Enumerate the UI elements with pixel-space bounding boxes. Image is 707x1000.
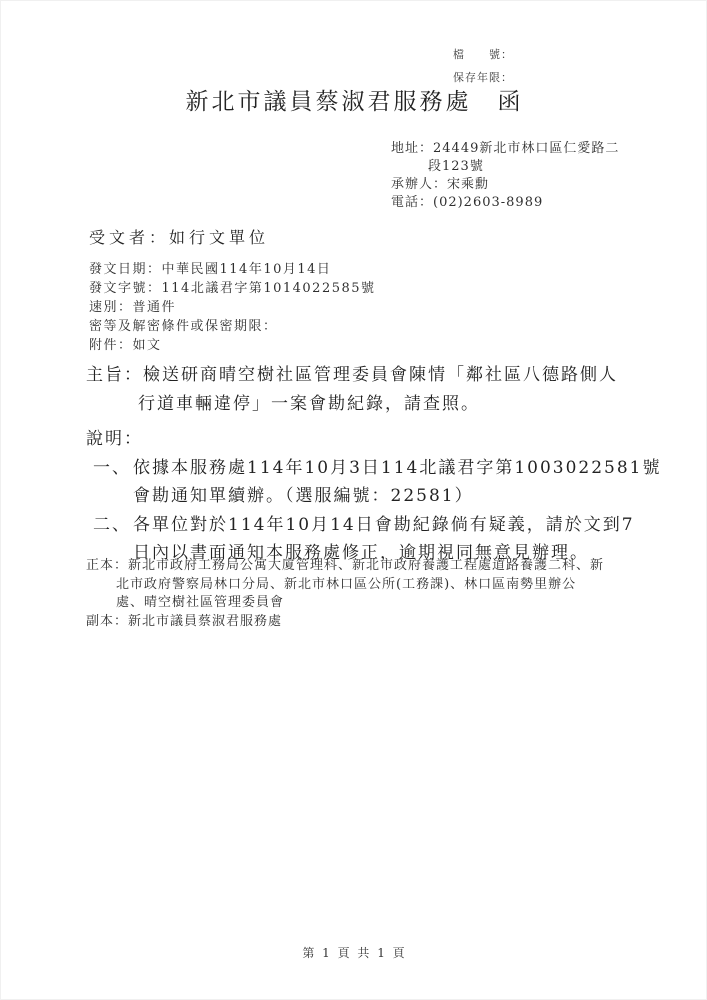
contact-phone: 電話：(02)2603-8989 bbox=[391, 194, 619, 212]
item-1-text-1: 依據本服務處114年10月3日114北議君字第1003022581號 bbox=[133, 458, 662, 478]
original-recipients-line-1: 正本：新北市政府工務局公寓大廈管理科、新北市政府養護工程處道路養護二科、新 bbox=[86, 557, 666, 576]
attachment-note: 附件：如文 bbox=[89, 336, 376, 355]
subject-line-1: 主旨：檢送研商晴空樹社區管理委員會陳情「鄰社區八德路側人 bbox=[86, 361, 656, 390]
address-line-2: 段123號 bbox=[391, 158, 619, 176]
original-label: 正本： bbox=[86, 558, 128, 573]
document-page: 檔 號： 保存年限： 新北市議員蔡淑君服務處 函 地址：24449新北市林口區仁… bbox=[0, 0, 707, 1000]
original-text-1: 新北市政府工務局公寓大廈管理科、新北市政府養護工程處道路養護二科、新 bbox=[128, 558, 604, 573]
subject-label: 主旨： bbox=[86, 365, 143, 385]
document-number: 發文字號：114北議君字第1014022585號 bbox=[89, 279, 376, 298]
original-recipients-line-3: 處、晴空樹社區管理委員會 bbox=[86, 594, 666, 613]
file-number-label: 檔 號： bbox=[453, 43, 513, 66]
copy-text: 新北市議員蔡淑君服務處 bbox=[128, 614, 282, 629]
contact-person: 承辦人：宋乘勳 bbox=[391, 176, 619, 194]
item-1-number: 一、 bbox=[93, 454, 133, 482]
security-class: 密等及解密條件或保密期限： bbox=[89, 317, 376, 336]
issue-date: 發文日期：中華民國114年10月14日 bbox=[89, 260, 376, 279]
item-1-text-2: 會勘通知單續辦。（選服編號：22581） bbox=[93, 482, 666, 510]
recipient-line: 受文者：如行文單位 bbox=[89, 225, 269, 248]
copies-section: 正本：新北市政府工務局公寓大廈管理科、新北市政府養護工程處道路養護二科、新 北市… bbox=[86, 557, 666, 631]
description-section: 說明： 一、依據本服務處114年10月3日114北議君字第1003022581號… bbox=[86, 425, 666, 567]
document-title: 新北市議員蔡淑君服務處 函 bbox=[1, 83, 707, 116]
page-number-footer: 第 1 頁 共 1 頁 bbox=[1, 944, 707, 961]
document-meta-block: 發文日期：中華民國114年10月14日 發文字號：114北議君字第1014022… bbox=[89, 260, 376, 355]
speed-class: 速別：普通件 bbox=[89, 298, 376, 317]
copy-recipients-line: 副本：新北市議員蔡淑君服務處 bbox=[86, 613, 666, 632]
subject-text-1: 檢送研商晴空樹社區管理委員會陳情「鄰社區八德路側人 bbox=[143, 365, 618, 385]
address-line-1: 地址：24449新北市林口區仁愛路二 bbox=[391, 140, 619, 158]
description-label: 說明： bbox=[86, 425, 666, 453]
item-2-text-1: 各單位對於114年10月14日會勘紀錄倘有疑義，請於文到7 bbox=[133, 515, 635, 535]
description-item-1: 一、依據本服務處114年10月3日114北議君字第1003022581號 會勘通… bbox=[93, 454, 666, 510]
copy-label: 副本： bbox=[86, 614, 128, 629]
contact-info-block: 地址：24449新北市林口區仁愛路二 段123號 承辦人：宋乘勳 電話：(02)… bbox=[391, 140, 619, 212]
subject-line-2: 行道車輛違停」一案會勘紀錄，請查照。 bbox=[86, 390, 656, 419]
subject-section: 主旨：檢送研商晴空樹社區管理委員會陳情「鄰社區八德路側人 行道車輛違停」一案會勘… bbox=[86, 361, 656, 419]
original-recipients-line-2: 北市政府警察局林口分局、新北市林口區公所(工務課)、林口區南勢里辦公 bbox=[86, 576, 666, 595]
item-2-number: 二、 bbox=[93, 511, 133, 539]
